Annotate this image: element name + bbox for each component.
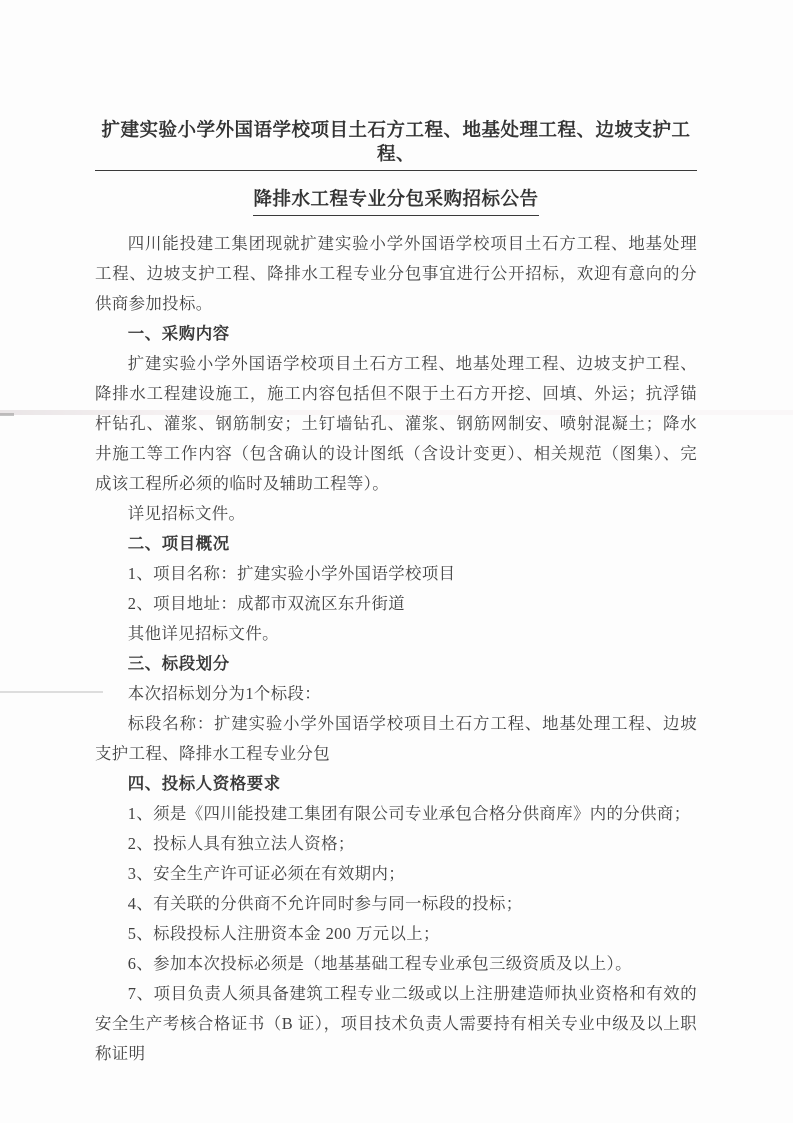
scan-artifact-streak (0, 691, 103, 693)
scan-artifact-mark (0, 413, 14, 416)
paragraph-bid-section-count: 本次招标划分为1个标段： (95, 679, 697, 709)
paragraph-qualification-2: 2、投标人具有独立法人资格； (95, 829, 697, 859)
title-line-1: 扩建实验小学外国语学校项目土石方工程、地基处理工程、边坡支护工程、 (95, 118, 697, 171)
section-heading-bidder-qualifications: 四、投标人资格要求 (95, 769, 697, 799)
document-page: 扩建实验小学外国语学校项目土石方工程、地基处理工程、边坡支护工程、 降排水工程专… (0, 0, 793, 1123)
section-heading-procurement-content: 一、采购内容 (95, 319, 697, 349)
paragraph-qualification-6: 6、参加本次投标必须是（地基基础工程专业承包三级资质及以上）。 (95, 949, 697, 979)
section-heading-bid-sections: 三、标段划分 (95, 649, 697, 679)
title-line-1-wrap: 扩建实验小学外国语学校项目土石方工程、地基处理工程、边坡支护工程、 (95, 118, 697, 171)
paragraph-procurement-scope: 扩建实验小学外国语学校项目土石方工程、地基处理工程、边坡支护工程、降排水工程建设… (95, 349, 697, 499)
title-line-2: 降排水工程专业分包采购招标公告 (253, 187, 538, 216)
paragraph-see-tender-document: 详见招标文件。 (95, 499, 697, 529)
paragraph-bid-section-name: 标段名称：扩建实验小学外国语学校项目土石方工程、地基处理工程、边坡支护工程、降排… (95, 709, 697, 769)
paragraph-qualification-4: 4、有关联的分供商不允许同时参与同一标段的投标； (95, 889, 697, 919)
intro-paragraph: 四川能投建工集团现就扩建实验小学外国语学校项目土石方工程、地基处理工程、边坡支护… (95, 229, 697, 319)
paragraph-qualification-5: 5、标段投标人注册资本金 200 万元以上； (95, 919, 697, 949)
document-title: 扩建实验小学外国语学校项目土石方工程、地基处理工程、边坡支护工程、 降排水工程专… (95, 118, 697, 216)
paragraph-qualification-1: 1、须是《四川能投建工集团有限公司专业承包合格分供商库》内的分供商； (95, 799, 697, 829)
paragraph-other-details: 其他详见招标文件。 (95, 619, 697, 649)
paragraph-project-address: 2、项目地址：成都市双流区东升街道 (95, 589, 697, 619)
document-content: 扩建实验小学外国语学校项目土石方工程、地基处理工程、边坡支护工程、 降排水工程专… (95, 118, 697, 1069)
section-heading-project-overview: 二、项目概况 (95, 529, 697, 559)
paragraph-qualification-3: 3、安全生产许可证必须在有效期内； (95, 859, 697, 889)
paragraph-project-name: 1、项目名称：扩建实验小学外国语学校项目 (95, 559, 697, 589)
paragraph-qualification-7: 7、项目负责人须具备建筑工程专业二级或以上注册建造师执业资格和有效的安全生产考核… (95, 979, 697, 1069)
title-line-2-wrap: 降排水工程专业分包采购招标公告 (95, 187, 697, 216)
